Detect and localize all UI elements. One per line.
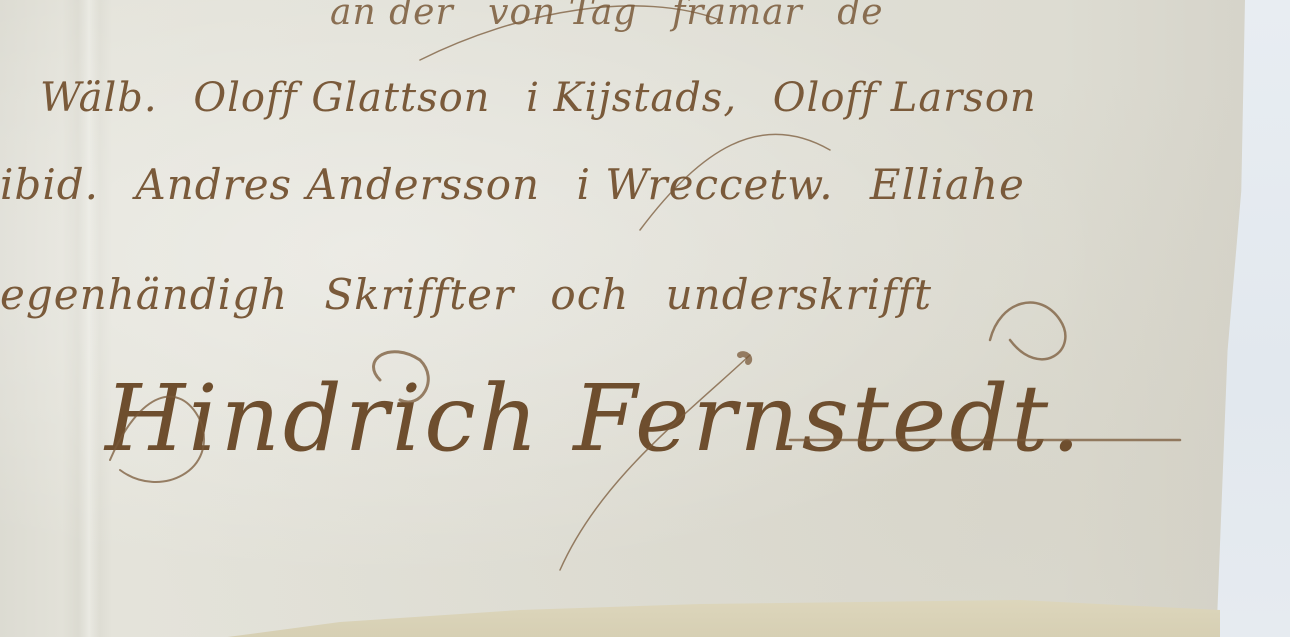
signature: Hindrich Fernstedt. bbox=[105, 365, 1083, 472]
handwritten-line-3: ibid. Andres Andersson i Wreccetw. Ellia… bbox=[0, 160, 1047, 209]
word: Oloff Glattson bbox=[193, 75, 490, 121]
handwritten-line-2: Wälb. Oloff Glattson i Kijstads, Oloff L… bbox=[40, 75, 1059, 121]
word: Oloff Larson bbox=[773, 75, 1037, 121]
word: von Tag bbox=[488, 0, 637, 33]
word: underskrifft bbox=[666, 270, 932, 319]
word: i Wreccetw. bbox=[576, 160, 833, 209]
word: ibid. bbox=[0, 160, 99, 209]
word: de bbox=[837, 0, 883, 33]
word: Elliahe bbox=[870, 160, 1025, 209]
word: egenhändigh bbox=[0, 270, 288, 319]
handwritten-line-1: an der von Tag framar de bbox=[330, 0, 906, 33]
word: Skriffter bbox=[324, 270, 514, 319]
word: Andres Andersson bbox=[135, 160, 540, 209]
word: an der bbox=[330, 0, 454, 33]
word: och bbox=[550, 270, 629, 319]
handwritten-line-4: egenhändigh Skriffter och underskrifft bbox=[0, 270, 954, 319]
handwriting-area: an der von Tag framar de Wälb. Oloff Gla… bbox=[0, 0, 1245, 637]
word: framar bbox=[672, 0, 803, 33]
word: Wälb. bbox=[40, 75, 158, 121]
word: i Kijstads, bbox=[526, 75, 737, 121]
document-photo: an der von Tag framar de Wälb. Oloff Gla… bbox=[0, 0, 1290, 637]
